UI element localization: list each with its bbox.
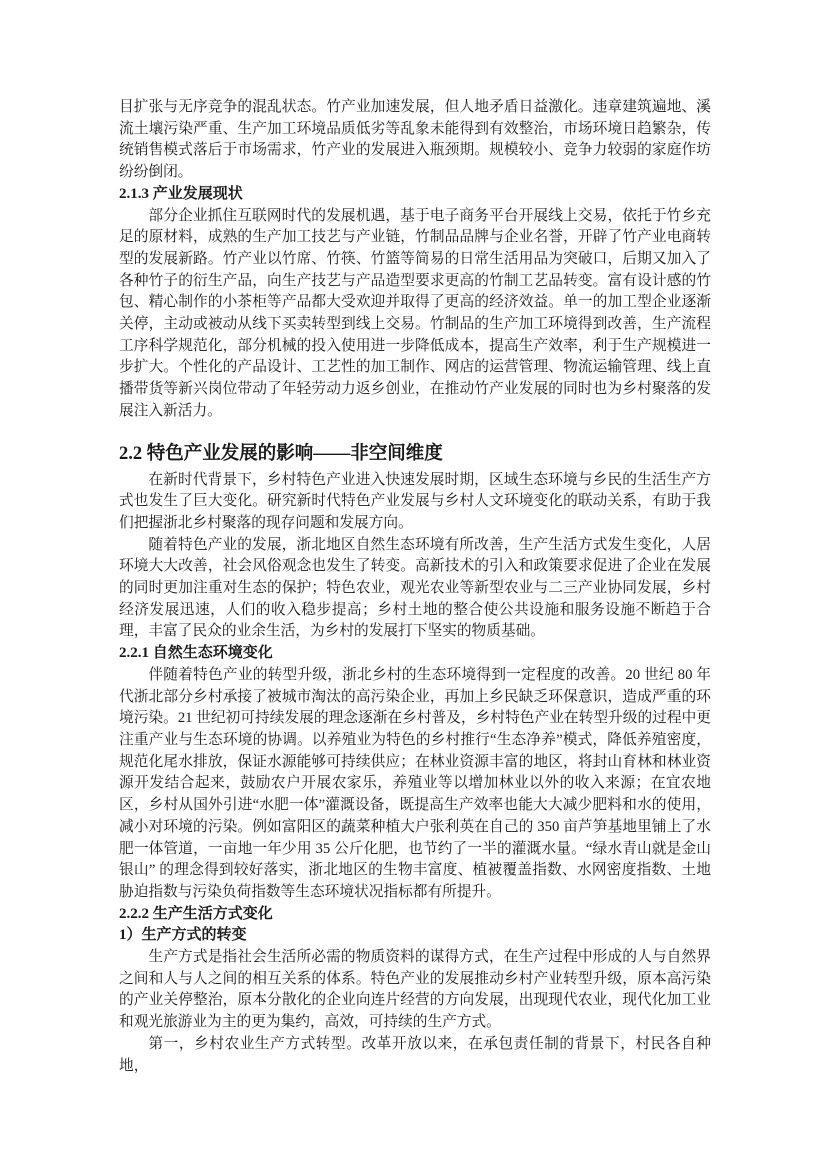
subsection-heading: 2.2.1 自然生态环境变化 (119, 643, 711, 665)
paragraph: 随着特色产业的发展，浙北地区自然生态环境有所改善，生产生活方式发生变化，人居环境… (119, 535, 711, 644)
paragraph: 生产方式是指社会生活所必需的物质资料的谋得方式，在生产过程中形成的人与自然界之间… (119, 947, 711, 1034)
paragraph: 第一，乡村农业生产方式转型。改革开放以来，在承包责任制的背景下，村民各自种地， (119, 1034, 711, 1077)
subsection-heading: 2.2.2 生产生活方式变化 (119, 904, 711, 926)
paragraph: 目扩张与无序竞争的混乱状态。竹产业加速发展，但人地矛盾日益激化。违章建筑遍地、溪… (119, 97, 711, 184)
paragraph: 部分企业抓住互联网时代的发展机遇，基于电子商务平台开展线上交易，依托于竹乡充足的… (119, 206, 711, 423)
document-page: 目扩张与无序竞争的混乱状态。竹产业加速发展，但人地矛盾日益激化。违章建筑遍地、溪… (0, 0, 828, 1171)
paragraph: 在新时代背景下，乡村特色产业进入快速发展时期，区域生态环境与乡民的生活生产方式也… (119, 470, 711, 535)
section-heading: 2.2 特色产业发展的影响——非空间维度 (119, 442, 711, 467)
page-content: 目扩张与无序竞争的混乱状态。竹产业加速发展，但人地矛盾日益激化。违章建筑遍地、溪… (119, 97, 711, 1077)
subsection-heading: 2.1.3 产业发展现状 (119, 184, 711, 206)
paragraph: 伴随着特色产业的转型升级，浙北乡村的生态环境得到一定程度的改善。20 世纪 80… (119, 665, 711, 904)
subsection-heading: 1）生产方式的转变 (119, 925, 711, 947)
